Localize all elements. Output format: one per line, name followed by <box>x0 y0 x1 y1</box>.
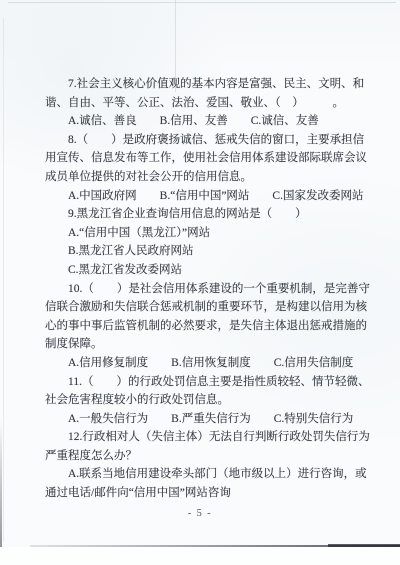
text-line-q9-option-b: B.黑龙江省人民政府网站 <box>45 242 371 261</box>
text-line-q12-option-a-2: 通过电话/邮件向“信用中国”网站咨询 <box>45 484 371 503</box>
text-line-q9-option-a: A.“信用中国（黑龙江）”网站 <box>45 224 371 243</box>
text-line-q8-2: 用宣传、信息发布等工作，使用社会信用体系建设部际联席会议 <box>45 149 371 168</box>
scan-edge-left-light <box>3 18 4 542</box>
text-line-q12-1: 12.行政相对人（失信主体）无法自行判断行政处罚失信行为 <box>45 428 371 447</box>
scanner-background-strip <box>0 547 400 565</box>
text-line-q12-option-a-1: A.联系当地信用建设牵头部门（地市级以上）进行咨询，或 <box>45 465 371 484</box>
text-line-q11-2: 社会危害程度较小的行政处罚信息。 <box>45 391 371 410</box>
screenshot-root: { "colors": { "paper": "#f9fbfc", "ink":… <box>0 0 400 565</box>
text-line-q8-1: 8.（ ）是政府褒扬诚信、惩戒失信的窗口，主要承担信 <box>45 131 371 150</box>
text-line-q11-1: 11.（ ）的行政处罚信息主要是指性质较轻、情节轻微、 <box>45 373 371 392</box>
scan-edge-left-dark <box>0 420 2 547</box>
text-line-q8-3: 成员单位提供的对社会公开的信用信息。 <box>45 168 371 187</box>
text-line-q11-options: A.一般失信行为 B.严重失信行为 C.特别失信行为 <box>45 410 371 429</box>
text-line-q10-1: 10.（ ）是社会信用体系建设的一个重要机制，是完善守 <box>45 280 371 299</box>
text-line-q7-options: A.诚信、善良 B.信用、友善 C.诚信、友善 <box>45 112 371 131</box>
text-line-q12-2: 严重程度怎么办？ <box>45 447 371 466</box>
scan-edge-top <box>8 2 396 3</box>
text-line-q9-1: 9.黑龙江省企业查询信用信息的网站是（ ） <box>45 205 371 224</box>
text-line-q10-options: A.信用修复制度 B.信用恢复制度 C.信用失信制度 <box>45 354 371 373</box>
text-line-q7-2: 谐、自由、平等、公正、法治、爱国、敬业、（ ） 。 <box>45 94 371 113</box>
text-line-q10-4: 制度保障。 <box>45 335 371 354</box>
text-line-q10-3: 心的事中事后监管机制的必然要求，是失信主体退出惩戒措施的 <box>45 317 371 336</box>
page-number: - 5 - <box>0 508 400 519</box>
text-line-q10-2: 信联合激励和失信联合惩戒机制的重要环节，是构建以信用为核 <box>45 298 371 317</box>
scanned-page: 7.社会主义核心价值观的基本内容是富强、民主、文明、和 谐、自由、平等、公正、法… <box>0 0 400 565</box>
text-line-q8-options: A.中国政府网 B.“信用中国”网站 C.国家发改委网站 <box>45 187 371 206</box>
text-line-q7-1: 7.社会主义核心价值观的基本内容是富强、民主、文明、和 <box>45 75 371 94</box>
text-line-q9-option-c: C.黑龙江省发改委网站 <box>45 261 371 280</box>
document-body: 7.社会主义核心价值观的基本内容是富强、民主、文明、和 谐、自由、平等、公正、法… <box>45 75 371 503</box>
